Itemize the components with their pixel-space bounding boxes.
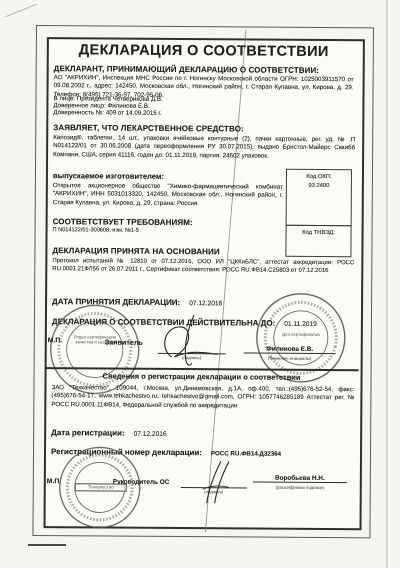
sign1-signature-stroke xyxy=(156,313,226,369)
manufacturer-body: Открытое акционерное общество "Химико-фа… xyxy=(53,182,283,209)
registration-number-value: РОСС RU.ФВ14.Д32364 xyxy=(211,450,281,457)
sign2-signature-line xyxy=(181,482,247,488)
scanned-document-page: { "colors": { "ink": "#1f1f1e", "stamp_g… xyxy=(0,0,400,568)
registration-date-value: 07.12.2016 xyxy=(134,431,167,438)
declaration-document: ДЕКЛАРАЦИЯ О СООТВЕТСТВИИ ДЕКЛАРАНТ, ПРИ… xyxy=(0,0,400,568)
page-title: ДЕКЛАРАЦИЯ О СООТВЕТСТВИИ xyxy=(54,42,354,60)
registration-date-row: Дата регистрации:07.12.2016 xyxy=(51,422,351,442)
conforms-heading: СООТВЕТСТВУЕТ ТРЕБОВАНИЯМ: xyxy=(53,217,283,228)
manufacturer-heading: выпускаемое изготовителем: xyxy=(53,171,293,182)
round-stamp-right-text: Для сертификатов xyxy=(281,332,321,338)
sign1-signature-caption: (подпись) xyxy=(158,355,226,360)
sign2-name-caption: (расшифровка подписи) xyxy=(253,485,347,491)
sign1-signature-line xyxy=(158,348,226,354)
tnved-code-label: Код ТНВЭД: xyxy=(287,229,351,238)
adoption-date-value: 07.12.2016 xyxy=(189,300,222,307)
basis-body: Протокол испытаний № 12810 от 07.12.2016… xyxy=(52,257,354,275)
sign2-signature-caption: (подпись) xyxy=(181,489,247,494)
round-stamp-bottom-text: Техкачество xyxy=(75,483,127,491)
round-stamp-left-text: Отдел сертификации качества и сервиса xyxy=(67,334,123,345)
registration-body: ЗАО "Техкачество", 109044, г.Москва, ул.… xyxy=(51,384,354,411)
sign2-name-line xyxy=(253,476,347,484)
registration-date-label: Дата регистрации: xyxy=(51,428,125,438)
okp-code-box: Код ОКП: 93 2400 xyxy=(286,169,352,226)
drug-description: Капозид®, таблетки, 14 шт., упаковки яче… xyxy=(53,134,355,161)
okp-code-value: 93 2400 xyxy=(287,181,351,190)
